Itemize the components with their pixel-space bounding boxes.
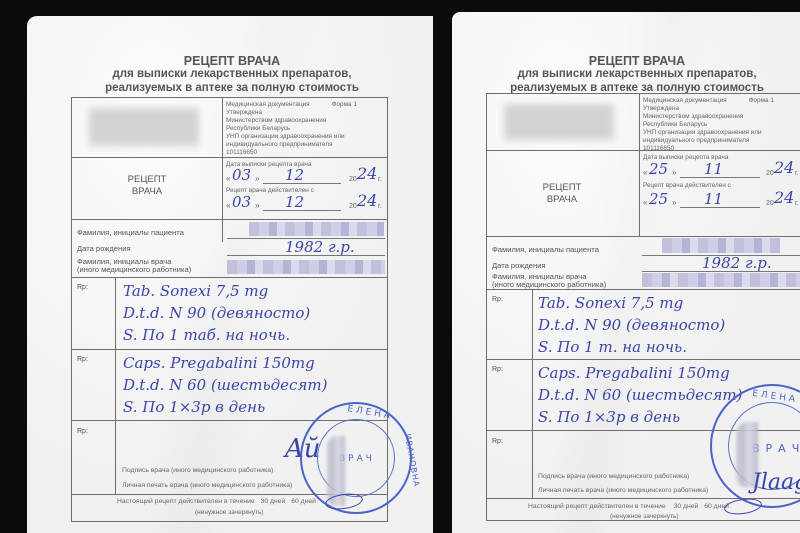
birth-label: Дата рождения	[77, 244, 131, 253]
valid-month: 12	[285, 193, 304, 211]
rp-label-1: Rp:	[77, 284, 88, 292]
validity-note: (ненужное зачеркнуть)	[610, 513, 679, 521]
rp-label-1: Rp:	[492, 296, 503, 304]
rp-label-2: Rp:	[77, 356, 88, 364]
rp-label-2: Rp:	[492, 366, 503, 374]
patient-label: Фамилия, инициалы пациента	[77, 228, 184, 237]
issue-year: 24	[774, 158, 794, 177]
title-sub-1: для выписки лекарственных препаратов,	[482, 68, 792, 81]
title-sub-1: для выписки лекарственных препаратов,	[67, 68, 397, 81]
row-divider	[486, 359, 800, 360]
issue-month: 12	[285, 166, 304, 184]
validity-note: (ненужное зачеркнуть)	[195, 509, 264, 517]
patient-label: Фамилия, инициалы пациента	[492, 245, 599, 254]
prescription-1: Tab. Sonexi 7,5 mg D.t.d. N 90 (девяност…	[538, 292, 725, 358]
validity-text: Настоящий рецепт действителен в течение …	[528, 503, 729, 511]
header-divider	[222, 97, 223, 242]
title-main: РЕЦЕПТ ВРАЧА	[482, 54, 792, 68]
quote-open: «	[226, 174, 230, 184]
row-divider	[486, 289, 800, 290]
doctor-label: Фамилия, инициалы врача (иного медицинск…	[77, 258, 191, 274]
prescription-2: Caps. Pregabalini 150mg D.t.d. N 60 (шес…	[538, 362, 742, 428]
doctor-label: Фамилия, инициалы врача (иного медицинск…	[492, 273, 606, 289]
rp-divider	[532, 289, 533, 498]
valid-year: 24	[357, 191, 377, 210]
title-sub-2: реализуемых в аптеке за полную стоимость	[67, 82, 397, 95]
signature-label: Подпись врача (иного медицинского работн…	[122, 467, 273, 475]
prescription-form-left: РЕЦЕПТ ВРАЧА для выписки лекарственных п…	[27, 16, 433, 533]
row-divider	[71, 349, 388, 350]
issue-day: 25	[649, 160, 668, 178]
header-divider	[639, 93, 640, 236]
year-unit: г.	[795, 200, 799, 209]
signature-label: Подпись врача (иного медицинского работн…	[538, 473, 689, 481]
year-unit: г.	[795, 170, 799, 179]
prescription-form-right: РЕЦЕПТ ВРАЧА для выписки лекарственных п…	[452, 12, 800, 533]
quote-close: »	[672, 168, 676, 178]
seal-label: Личная печать врача (иного медицинского …	[538, 487, 708, 495]
redacted-doctor-name	[642, 273, 800, 287]
year-unit: г.	[378, 203, 382, 212]
rp-label-3: Rp:	[77, 428, 88, 436]
issue-day: 03	[232, 166, 251, 184]
redacted-patient-name	[662, 238, 780, 253]
valid-year: 24	[774, 188, 794, 207]
header-info: Медицинская документацияФорма 1 Утвержде…	[643, 97, 774, 153]
prescription-1: Tab. Sonexi 7,5 mg D.t.d. N 90 (девяност…	[123, 280, 310, 346]
valid-from-label: Рецепт врача действителен с	[643, 182, 731, 190]
quote-close: »	[255, 174, 259, 184]
year-prefix: 20	[766, 170, 774, 179]
rp-divider	[115, 277, 116, 494]
valid-month: 11	[704, 190, 723, 208]
header-info: Медицинская документацияФорма 1 Утвержде…	[226, 101, 357, 157]
year-prefix: 20	[766, 200, 774, 209]
stamp-text-center: ВРАЧ	[752, 442, 800, 455]
quote-open: «	[226, 201, 230, 211]
form-title: РЕЦЕПТ ВРАЧА для выписки лекарственных п…	[67, 54, 397, 95]
prescription-2: Caps. Pregabalini 150mg D.t.d. N 60 (шес…	[123, 352, 327, 418]
validity-text: Настоящий рецепт действителен в течение …	[117, 498, 316, 506]
birth-value: 1982 г.р.	[702, 254, 772, 272]
year-prefix: 20	[349, 203, 357, 212]
valid-day: 03	[232, 193, 251, 211]
row-divider	[71, 157, 388, 158]
prescription-block-label: РЕЦЕПТ ВРАЧА	[492, 182, 632, 207]
row-divider	[71, 219, 388, 220]
title-main: РЕЦЕПТ ВРАЧА	[67, 54, 397, 68]
redacted-organization	[89, 108, 199, 146]
valid-day: 25	[649, 190, 668, 208]
row-divider	[486, 236, 800, 237]
rp-label-3: Rp:	[492, 438, 503, 446]
quote-open: «	[643, 198, 647, 208]
year-prefix: 20	[349, 176, 357, 185]
birth-label: Дата рождения	[492, 261, 546, 270]
quote-close: »	[255, 201, 259, 211]
redacted-organization	[504, 104, 614, 140]
form-title: РЕЦЕПТ ВРАЧА для выписки лекарственных п…	[482, 54, 792, 95]
year-unit: г.	[378, 176, 382, 185]
prescription-block-label: РЕЦЕПТ ВРАЧА	[77, 174, 217, 199]
birth-value: 1982 г.р.	[285, 238, 355, 256]
redacted-patient-name	[249, 222, 384, 236]
seal-label: Личная печать врача (иного медицинского …	[122, 482, 292, 490]
issue-month: 11	[704, 160, 723, 178]
quote-close: »	[672, 198, 676, 208]
row-divider	[71, 277, 388, 278]
issue-year: 24	[357, 164, 377, 183]
redacted-doctor-name	[227, 260, 385, 274]
doctor-signature: Jlaag	[752, 470, 800, 495]
quote-open: «	[643, 168, 647, 178]
